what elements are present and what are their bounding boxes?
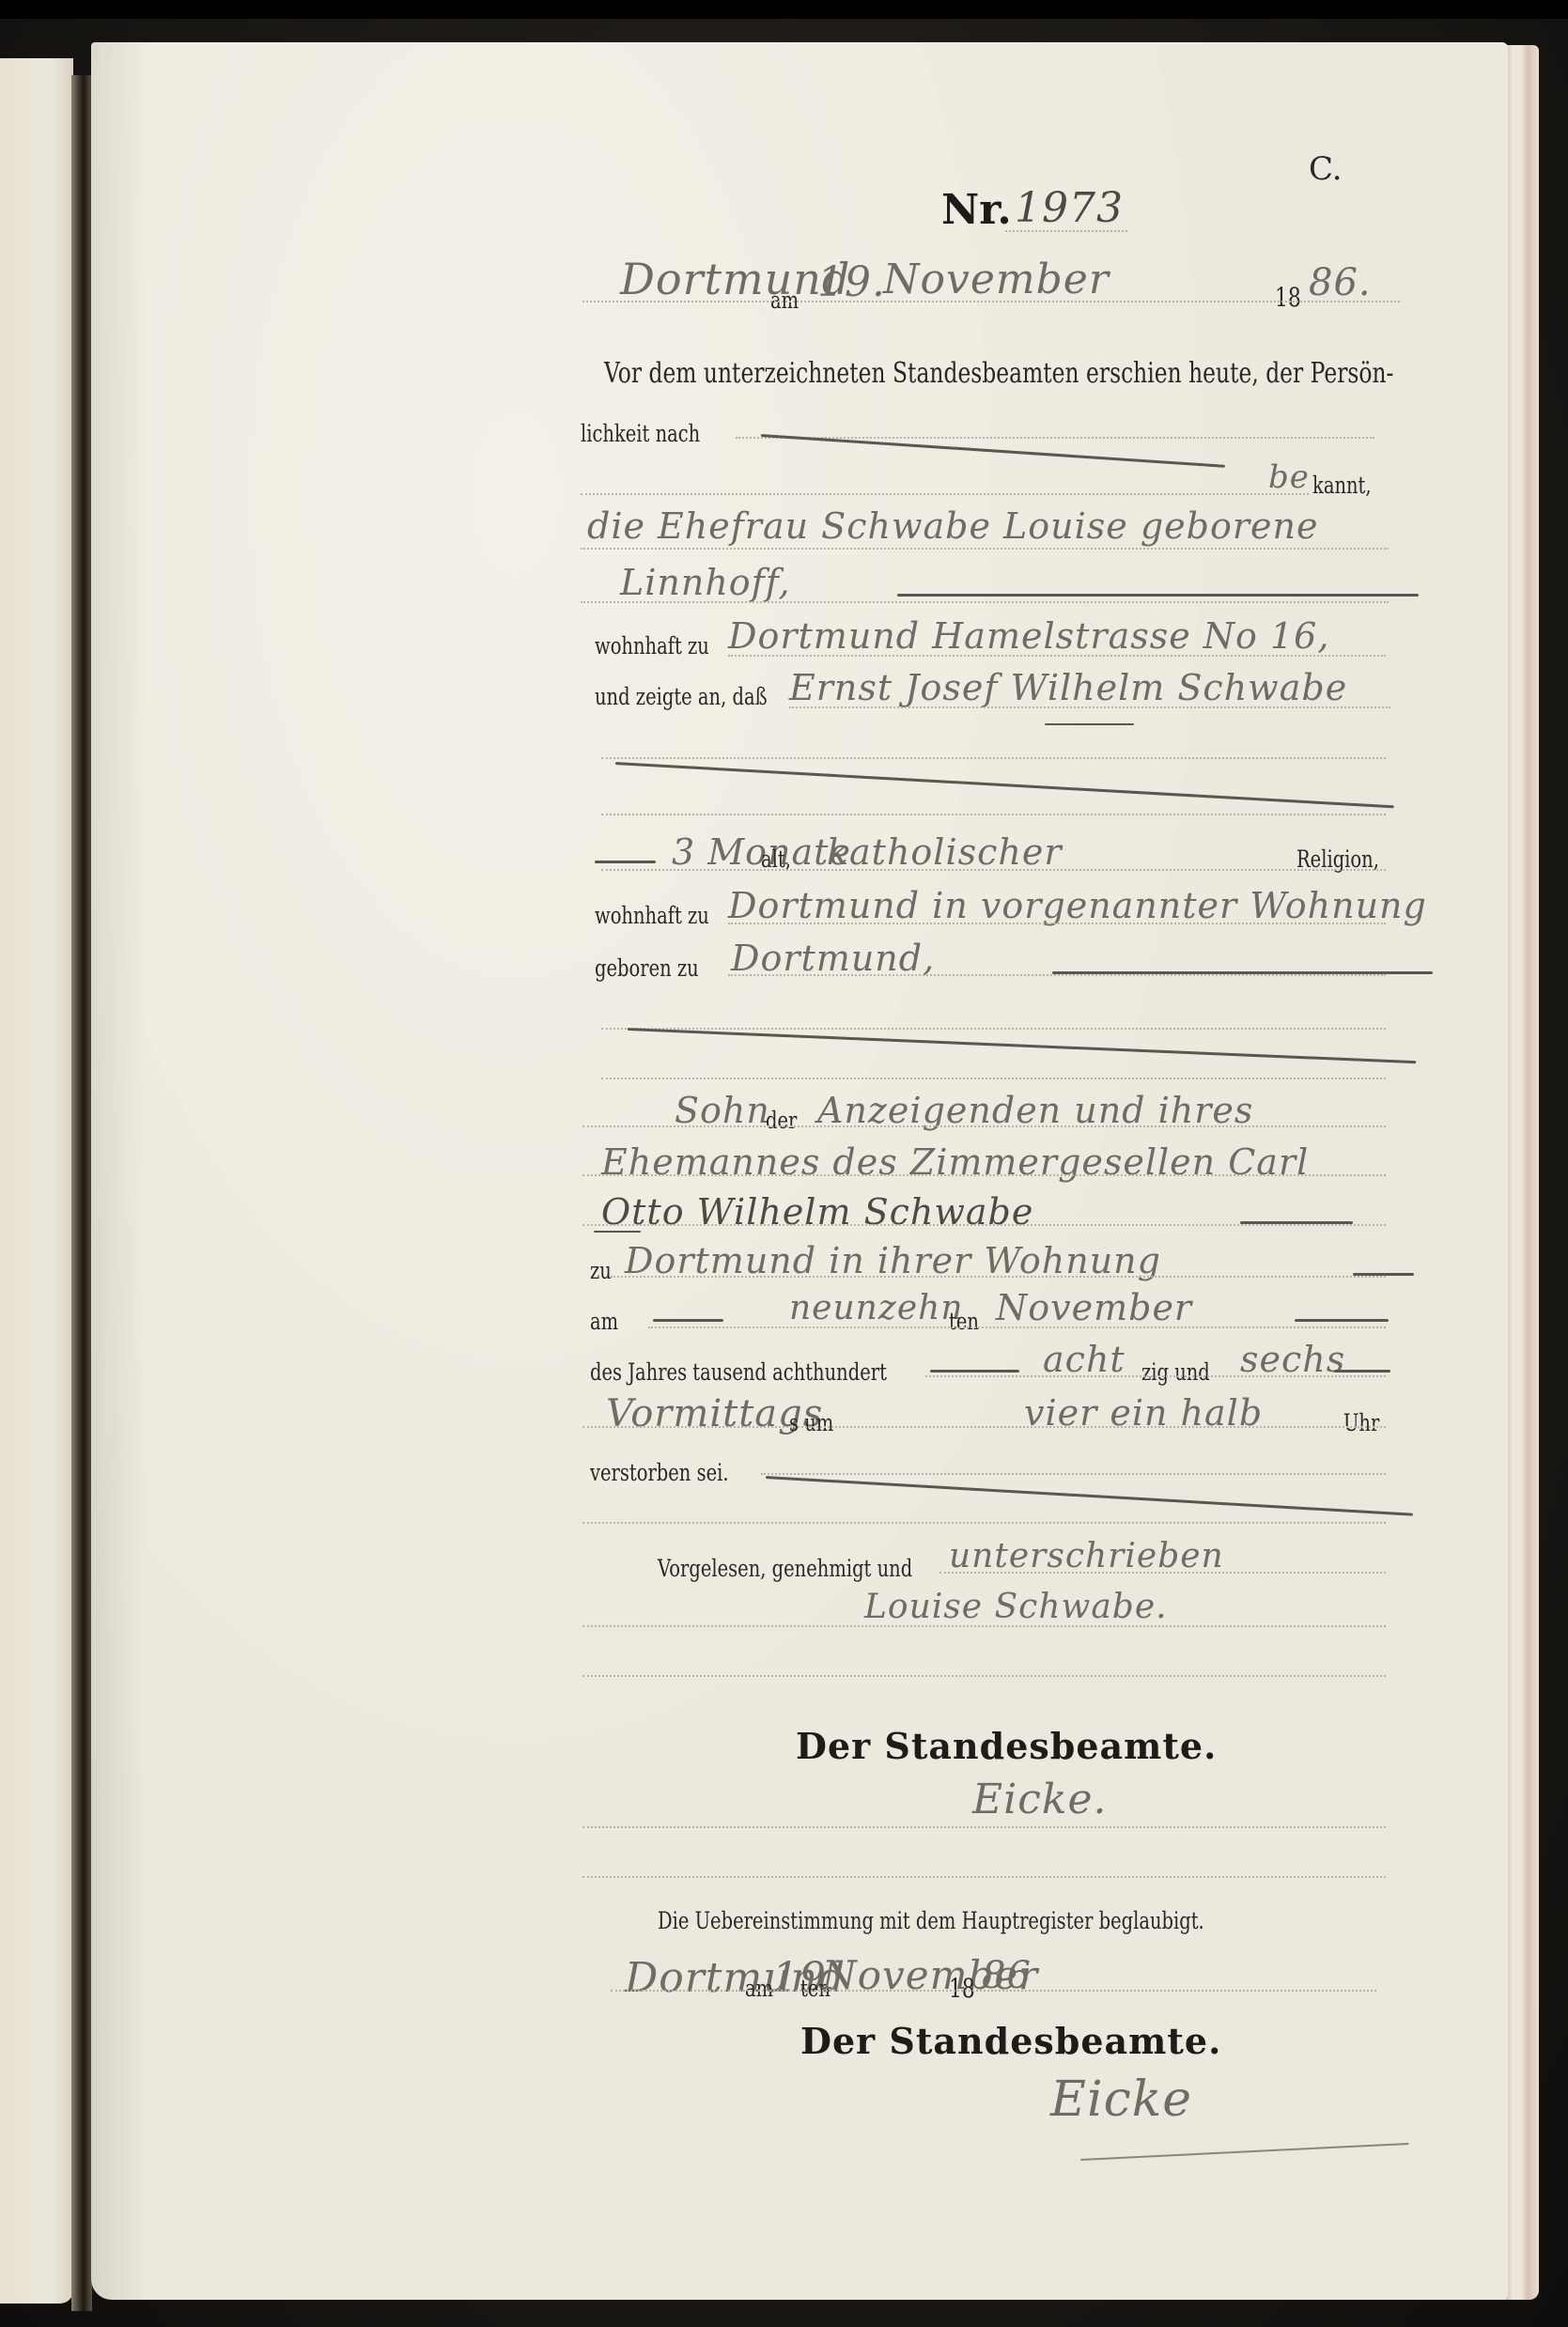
- blank-rule-3: [601, 1028, 1386, 1030]
- date-label: am: [590, 1308, 618, 1335]
- birthplace-value: Dortmund,: [731, 938, 935, 979]
- dash-line: [653, 1319, 723, 1322]
- deceased-name: Ernst Josef Wilhelm Schwabe: [789, 667, 1347, 708]
- parents-rule-1: [582, 1125, 1386, 1127]
- blank-rule-2: [601, 814, 1386, 815]
- um-label: s um: [789, 1409, 833, 1436]
- age-rule: [601, 869, 1386, 871]
- identity-label: lichkeit nach: [581, 420, 700, 447]
- identity-suffix-print: kannt,: [1312, 472, 1372, 499]
- deceased-residence-rule: [728, 923, 1386, 924]
- fill-line: [1334, 1370, 1390, 1373]
- place-rule: [611, 1276, 1386, 1278]
- birthplace-rule: [728, 974, 1386, 976]
- otto-underline: [594, 1231, 641, 1233]
- certification-signature: Eicke: [1050, 2071, 1192, 2128]
- certification-am: am: [745, 1975, 773, 2002]
- religion-value: katholischer: [827, 831, 1063, 873]
- residence-value: Dortmund Hamelstrasse No 16,: [728, 615, 1329, 657]
- uhr-label: Uhr: [1343, 1409, 1379, 1436]
- number-rule: [1005, 230, 1127, 232]
- date-rule: [582, 301, 1400, 303]
- read-value: unterschrieben: [949, 1537, 1224, 1575]
- blank-rule-4: [601, 1078, 1386, 1079]
- blank-rule-7: [582, 1876, 1386, 1878]
- registrar-heading: Der Standesbeamte.: [796, 1725, 1217, 1767]
- entry-number: 1973: [1015, 184, 1124, 232]
- year-label: des Jahres tausend achthundert: [590, 1358, 887, 1386]
- identity-suffix-hand: be: [1268, 458, 1310, 496]
- year-tens: acht: [1043, 1339, 1126, 1380]
- parents-line-2: Ehemannes des Zimmergesellen Carl: [601, 1141, 1309, 1183]
- signature-rule: [582, 1625, 1386, 1627]
- death-day: neunzehn: [789, 1289, 964, 1327]
- blank-rule-6: [582, 1675, 1386, 1677]
- informant-rule-2: [581, 601, 1389, 603]
- date-of-death-rule: [648, 1326, 1386, 1328]
- residence-rule: [728, 655, 1386, 657]
- read-rule: [939, 1572, 1386, 1574]
- informant-signature: Louise Schwabe.: [864, 1588, 1168, 1626]
- registrar-rule: [582, 1826, 1386, 1828]
- announce-rule: [789, 706, 1390, 708]
- strike-line: [615, 762, 1394, 808]
- bekannt-rule: [581, 493, 1309, 495]
- died-label: verstorben sei.: [590, 1459, 729, 1486]
- certification-date-rule: [611, 1990, 1376, 1992]
- residence-label: wohnhaft zu: [595, 632, 709, 659]
- strike-line: [766, 1476, 1413, 1516]
- strike-line: [628, 1028, 1416, 1063]
- place-label: zu: [590, 1257, 612, 1284]
- deceased-residence-label: wohnhaft zu: [595, 902, 709, 929]
- fill-line: [1295, 1319, 1389, 1322]
- dash-line: [930, 1370, 1019, 1373]
- header-place: Dortmund: [620, 254, 850, 304]
- year-rule: [925, 1375, 1386, 1377]
- deceased-residence-value: Dortmund in vorgenannter Wohnung: [728, 885, 1427, 926]
- informant-line-1: die Ehefrau Schwabe Louise geborene: [587, 505, 1319, 547]
- blank-rule-5: [582, 1522, 1386, 1524]
- name-underline: [1045, 723, 1134, 725]
- read-label: Vorgelesen, genehmigt und: [658, 1555, 912, 1582]
- certification-text: Die Uebereinstimmung mit dem Hauptregist…: [658, 1907, 1204, 1934]
- signature-flourish: [1080, 2143, 1409, 2161]
- header-year-suffix: 86.: [1309, 261, 1372, 304]
- zig-und-label: zig und: [1141, 1358, 1210, 1386]
- blank-rule-1: [601, 757, 1386, 759]
- year-units: sechs: [1240, 1339, 1345, 1380]
- parents-line-3: Otto Wilhelm Schwabe: [601, 1191, 1033, 1233]
- certification-year-prefix: 18: [949, 1973, 975, 2004]
- parents-rule-2: [582, 1174, 1386, 1176]
- informant-line-2: Linnhoff,: [620, 562, 791, 603]
- death-month: November: [996, 1287, 1192, 1328]
- strike-line: [761, 434, 1225, 468]
- dash-line: [595, 861, 656, 863]
- died-rule: [761, 1473, 1386, 1475]
- header-year-prefix: 18: [1275, 282, 1301, 313]
- ten-label: ten: [949, 1308, 979, 1335]
- parents-line-1-print: der: [766, 1107, 797, 1134]
- time-rule: [582, 1426, 1386, 1428]
- parents-rule-3: [582, 1224, 1386, 1226]
- announce-label: und zeigte an, daß: [595, 683, 768, 710]
- registrar-signature: Eicke.: [972, 1776, 1108, 1823]
- header-day: 19.: [817, 258, 886, 306]
- intro-text: Vor dem unterzeichneten Standesbeamten e…: [604, 357, 1393, 390]
- informant-rule-1: [581, 548, 1389, 550]
- number-label: Nr.: [941, 186, 1012, 234]
- register-entry: C. Nr. 1973 Dortmund am 19. November 18 …: [0, 0, 1568, 2327]
- fill-line: [897, 594, 1419, 597]
- header-month: November: [883, 256, 1110, 303]
- section-letter: C.: [1309, 150, 1343, 188]
- birthplace-label: geboren zu: [595, 954, 699, 982]
- certification-heading: Der Standesbeamte.: [800, 2020, 1221, 2062]
